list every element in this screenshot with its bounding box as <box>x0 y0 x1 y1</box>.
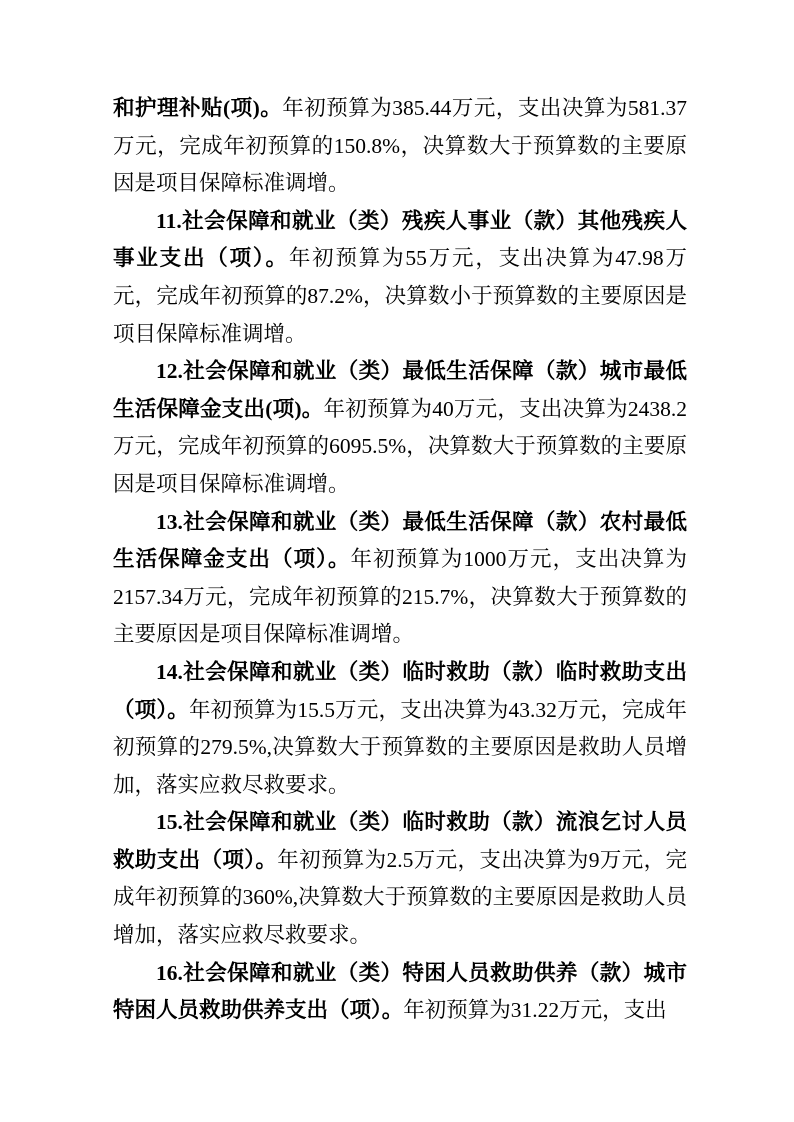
paragraph-16: 16.社会保障和就业（类）特困人员救助供养（款）城市特困人员救助供养支出（项）。… <box>113 955 687 1030</box>
clause-text: 年初预算为31.22万元，支出 <box>403 998 666 1022</box>
clause-heading: 和护理补贴(项)。 <box>113 96 282 120</box>
paragraph-13: 13.社会保障和就业（类）最低生活保障（款）农村最低生活保障金支出（项）。年初预… <box>113 504 687 654</box>
paragraph-10-continuation: 和护理补贴(项)。年初预算为385.44万元，支出决算为581.37万元，完成年… <box>113 90 687 203</box>
paragraph-14: 14.社会保障和就业（类）临时救助（款）临时救助支出（项）。年初预算为15.5万… <box>113 654 687 804</box>
document-page: 和护理补贴(项)。年初预算为385.44万元，支出决算为581.37万元，完成年… <box>0 0 794 1122</box>
paragraph-15: 15.社会保障和就业（类）临时救助（款）流浪乞讨人员救助支出（项）。年初预算为2… <box>113 804 687 954</box>
paragraph-11: 11.社会保障和就业（类）残疾人事业（款）其他残疾人事业支出（项）。年初预算为5… <box>113 203 687 353</box>
clause-text: 年初预算为15.5万元，支出决算为43.32万元，完成年初预算的279.5%,决… <box>113 698 687 797</box>
paragraph-12: 12.社会保障和就业（类）最低生活保障（款）城市最低生活保障金支出(项)。年初预… <box>113 353 687 503</box>
